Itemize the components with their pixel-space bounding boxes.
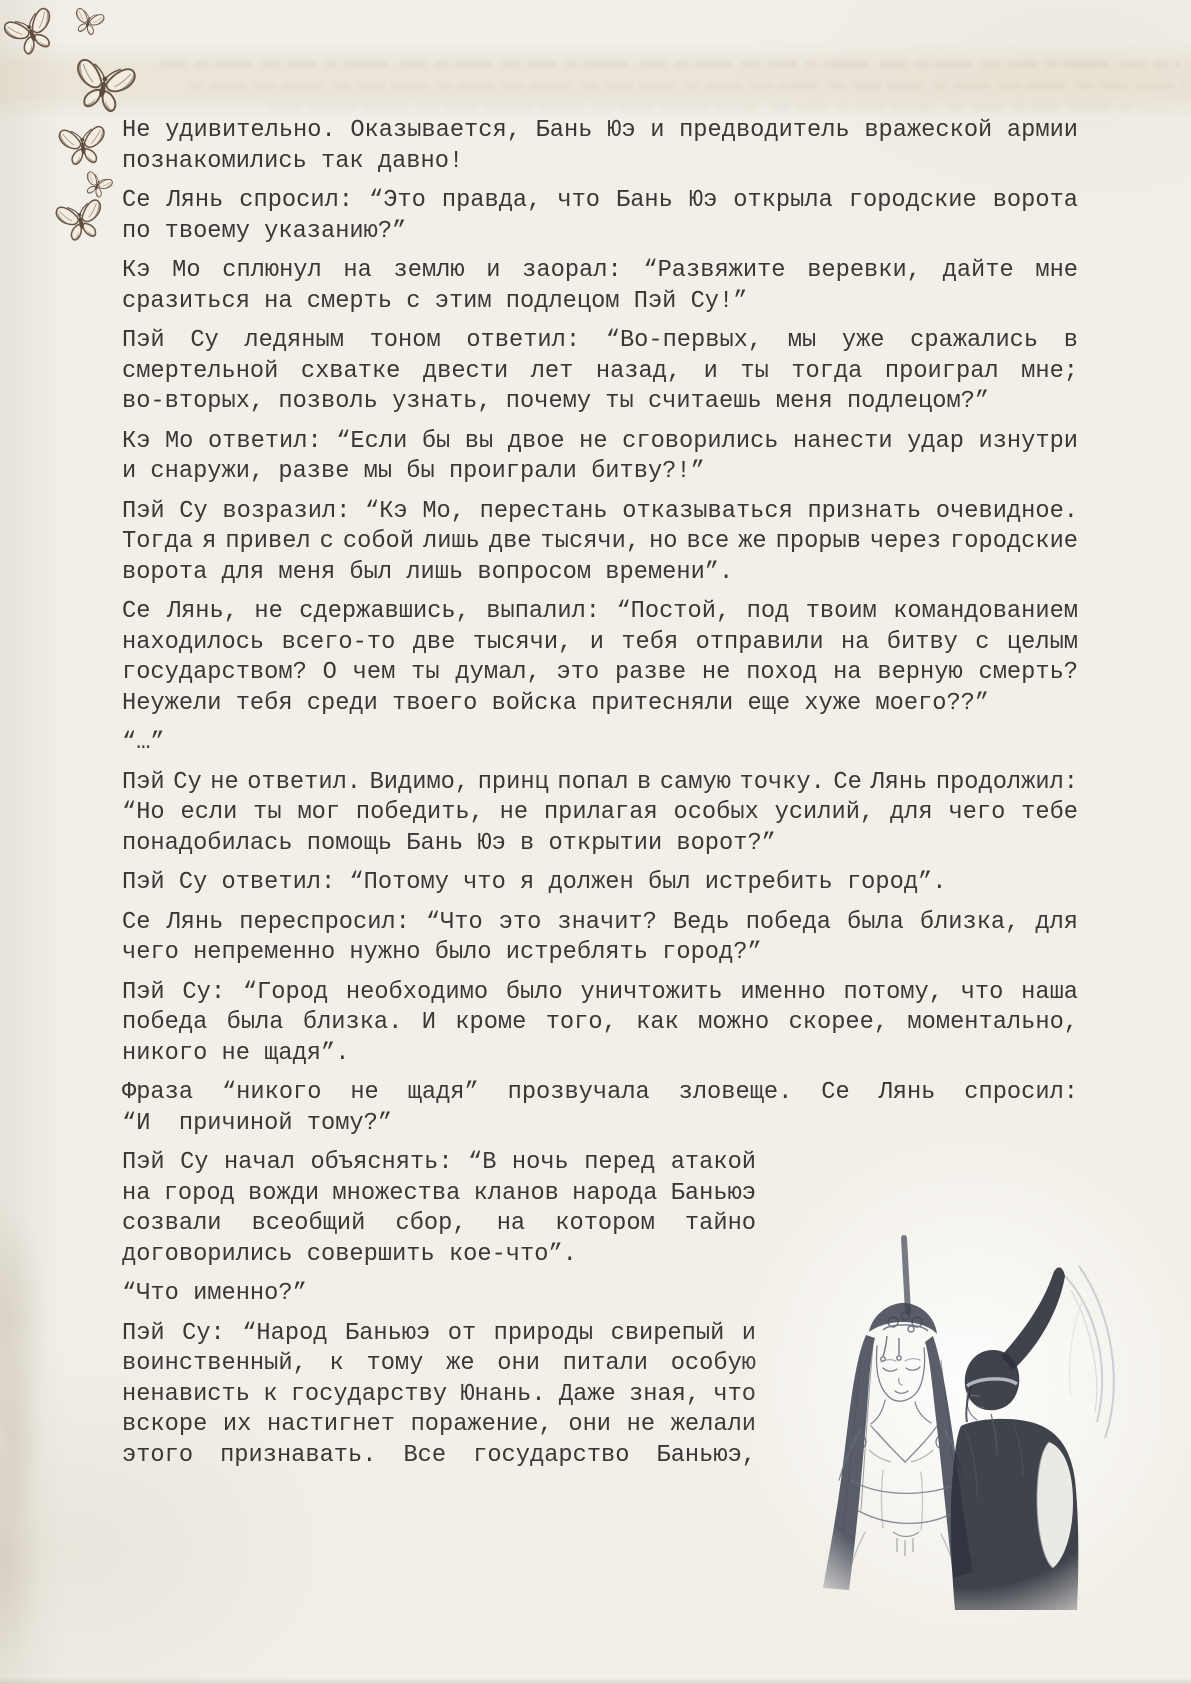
paragraph: Се Лянь, не сдержавшись, выпалил: “Посто… xyxy=(122,597,1078,719)
text-line: договорились совершить кое-что”. xyxy=(122,1240,756,1271)
text-line: Пэй Су ледяным тоном ответил: “Во-первых… xyxy=(122,326,1078,357)
text-line: Фраза “никого не щадя” прозвучала зловещ… xyxy=(122,1078,1078,1109)
text-line: ворота для меня был лишь вопросом времен… xyxy=(122,558,1078,589)
butterfly-icon xyxy=(81,171,113,200)
paragraph: Кэ Мо ответил: “Если бы вы двое не сгово… xyxy=(122,427,1078,488)
text-line: находилось всего-то две тысячи, и тебя о… xyxy=(122,628,1078,659)
butterfly-icon xyxy=(72,8,105,37)
text-line: понадобилась помощь Бань Юэ в открытии в… xyxy=(122,829,1078,860)
text-line: Се Лянь переспросил: “Что это значит? Ве… xyxy=(122,908,1078,939)
text-line: Кэ Мо ответил: “Если бы вы двое не сгово… xyxy=(122,427,1078,458)
text-line: Пэй Су ответил: “Потому что я должен был… xyxy=(122,868,1078,899)
paragraph: Кэ Мо сплюнул на землю и заорал: “Развяж… xyxy=(122,256,1078,317)
paragraph: Не удивительно. Оказывается, Бань Юэ и п… xyxy=(122,116,1078,177)
text-line: Пэй Су возразил: “Кэ Мо, перестань отказ… xyxy=(122,497,1078,528)
text-line: и снаружи, разве мы бы проиграли битву?!… xyxy=(122,457,1078,488)
text-line: на город вожди множества кланов народа Б… xyxy=(122,1179,756,1210)
text-line: Пэй Су: “Город необходимо было уничтожит… xyxy=(122,978,1078,1009)
paragraph: Пэй Су не ответил. Видимо, принц попал в… xyxy=(122,768,1078,860)
paragraph: Фраза “никого не щадя” прозвучала зловещ… xyxy=(122,1078,1078,1139)
page-bottom-shadow xyxy=(0,1678,1191,1684)
text-line: по твоему указанию?” xyxy=(122,217,1078,248)
text-line: смертельной схватке двести лет назад, и … xyxy=(122,357,1078,388)
bleedthrough-texture xyxy=(150,46,1190,122)
paragraph: Пэй Су ответил: “Потому что я должен был… xyxy=(122,868,1078,899)
text-line: “Что именно?” xyxy=(122,1279,756,1310)
text-line: вскоре их настигнет поражение, они не же… xyxy=(122,1410,756,1441)
text-line: Не удивительно. Оказывается, Бань Юэ и п… xyxy=(122,116,1078,147)
text-line: победа была близка. И кроме того, как мо… xyxy=(122,1008,1078,1039)
text-line: ненависть к государству Юнань. Даже зная… xyxy=(122,1380,756,1411)
text-line: этого признавать. Все государство Баньюэ… xyxy=(122,1441,756,1472)
text-line: никого не щадя”. xyxy=(122,1039,1078,1070)
text-line: “Но если ты мог победить, не прилагая ос… xyxy=(122,798,1078,829)
text-line: созвали всеобщий сбор, на котором тайно xyxy=(122,1209,756,1240)
text-line: государством? О чем ты думал, это разве … xyxy=(122,658,1078,689)
text-line: Пэй Су не ответил. Видимо, принц попал в… xyxy=(122,768,1078,799)
butterfly-icon xyxy=(3,7,60,59)
text-line: Неужели тебя среди твоего войска притесн… xyxy=(122,689,1078,720)
text-line: Пэй Су начал объяснять: “В ночь перед ат… xyxy=(122,1148,756,1179)
paragraph: Се Лянь переспросил: “Что это значит? Ве… xyxy=(122,908,1078,969)
text-line: Се Лянь спросил: “Это правда, что Бань Ю… xyxy=(122,186,1078,217)
butterfly-icon xyxy=(55,199,106,242)
text-line: воинственный, к тому же они питали особу… xyxy=(122,1349,756,1380)
text-line: Кэ Мо сплюнул на землю и заорал: “Развяж… xyxy=(122,256,1078,287)
text-line: чего непременно нужно было истреблять го… xyxy=(122,938,1078,969)
text-line: во-вторых, позволь узнать, почему ты счи… xyxy=(122,387,1078,418)
book-page: Не удивительно. Оказывается, Бань Юэ и п… xyxy=(0,0,1191,1684)
text-line: Се Лянь, не сдержавшись, выпалил: “Посто… xyxy=(122,597,1078,628)
paragraph: Пэй Су возразил: “Кэ Мо, перестань отказ… xyxy=(122,497,1078,589)
butterfly-icon xyxy=(59,126,107,165)
paragraph: “…” xyxy=(122,728,1078,759)
text-line: Тогда я привел с собой лишь две тысячи, … xyxy=(122,527,1078,558)
paragraph: Пэй Су ледяным тоном ответил: “Во-первых… xyxy=(122,326,1078,418)
butterfly-icon xyxy=(71,59,136,115)
paragraph: Се Лянь спросил: “Это правда, что Бань Ю… xyxy=(122,186,1078,247)
illustration-two-figures xyxy=(765,1180,1175,1620)
text-line: Пэй Су: “Народ Баньюэ от природы свирепы… xyxy=(122,1319,756,1350)
paragraph: Пэй Су: “Город необходимо было уничтожит… xyxy=(122,978,1078,1070)
text-line: познакомились так давно! xyxy=(122,147,1078,178)
text-line: “…” xyxy=(122,728,1078,759)
text-line: сразиться на смерть с этим подлецом Пэй … xyxy=(122,287,1078,318)
